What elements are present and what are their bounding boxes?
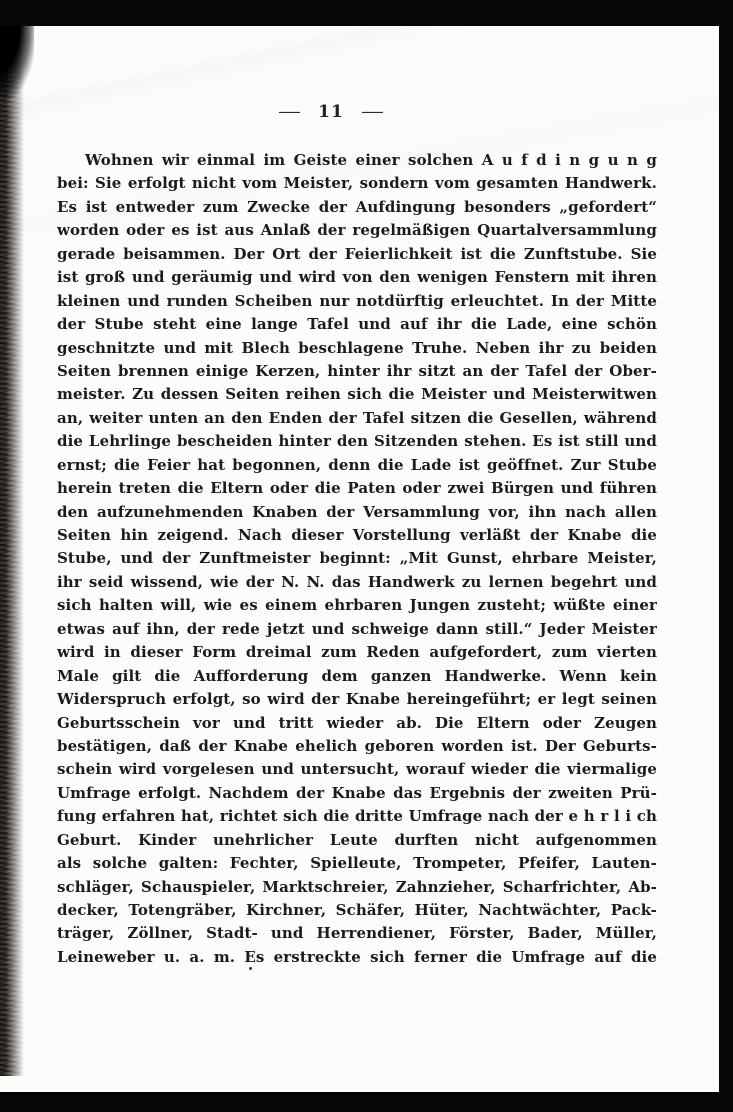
text-line: als solche galten: Fechter, Spielleute, … [57, 852, 657, 875]
text-line: Widerspruch erfolgt, so wird der Knabe h… [57, 688, 657, 711]
text-line: meister. Zu dessen Seiten reihen sich di… [57, 383, 657, 406]
text-line: Wohnen wir einmal im Geiste einer solche… [57, 149, 657, 172]
header-dash-right: — [361, 102, 384, 122]
text-line: Leineweber u. a. m. Es erstreckte sich f… [57, 946, 657, 969]
text-line: decker, Totengräber, Kirchner, Schäfer, … [57, 899, 657, 922]
text-line: an, weiter unten an den Enden der Tafel … [57, 407, 657, 430]
text-line: fung erfahren hat, richtet sich die drit… [57, 805, 657, 828]
text-line: ihr seid wissend, wie der N. N. das Hand… [57, 571, 657, 594]
text-line: sich halten will, wie es einem ehrbaren … [57, 594, 657, 617]
ink-speck [249, 967, 252, 970]
text-line: Stube, und der Zunftmeister beginnt: „Mi… [57, 547, 657, 570]
text-line: gerade beisammen. Der Ort der Feierlichk… [57, 243, 657, 266]
text-line: bestätigen, daß der Knabe ehelich gebore… [57, 735, 657, 758]
text-line: träger, Zöllner, Stadt- und Herrendiener… [57, 922, 657, 945]
text-line: Seiten brennen einige Kerzen, hinter ihr… [57, 360, 657, 383]
text-line: den aufzunehmenden Knaben der Versammlun… [57, 501, 657, 524]
text-line: kleinen und runden Scheiben nur notdürft… [57, 290, 657, 313]
text-line: Seiten hin zeigend. Nach dieser Vorstell… [57, 524, 657, 547]
text-line: schein wird vorgelesen und untersucht, w… [57, 758, 657, 781]
text-line: ist groß und geräumig und wird von den w… [57, 266, 657, 289]
text-line: geschnitzte und mit Blech beschlagene Tr… [57, 337, 657, 360]
binding-shadow [0, 26, 24, 1076]
text-line: schläger, Schauspieler, Marktschreier, Z… [57, 876, 657, 899]
paper-sheet: —11— Wohnen wir einmal im Geiste einer s… [0, 26, 719, 1092]
page-header: —11— [0, 102, 662, 122]
page-number: 11 [318, 102, 344, 122]
text-line: bei: Sie erfolgt nicht vom Meister, sond… [57, 172, 657, 195]
scanned-book-page: —11— Wohnen wir einmal im Geiste einer s… [0, 0, 733, 1112]
text-line: wird in dieser Form dreimal zum Reden au… [57, 641, 657, 664]
header-dash-left: — [278, 102, 301, 122]
text-line: ernst; die Feier hat begonnen, denn die … [57, 454, 657, 477]
text-line: die Lehrlinge bescheiden hinter den Sitz… [57, 430, 657, 453]
text-line: Geburtsschein vor und tritt wieder ab. D… [57, 712, 657, 735]
text-line: etwas auf ihn, der rede jetzt und schwei… [57, 618, 657, 641]
text-line: der Stube steht eine lange Tafel und auf… [57, 313, 657, 336]
text-line: herein treten die Eltern oder die Paten … [57, 477, 657, 500]
text-line: worden oder es ist aus Anlaß der regelmä… [57, 219, 657, 242]
binding-shadow-top [0, 26, 34, 98]
text-line: Male gilt die Aufforderung dem ganzen Ha… [57, 665, 657, 688]
text-line: Umfrage erfolgt. Nachdem der Knabe das E… [57, 782, 657, 805]
text-line: Geburt. Kinder unehrlicher Leute durften… [57, 829, 657, 852]
text-line: Es ist entweder zum Zwecke der Aufdingun… [57, 196, 657, 219]
text-block: Wohnen wir einmal im Geiste einer solche… [57, 149, 657, 969]
